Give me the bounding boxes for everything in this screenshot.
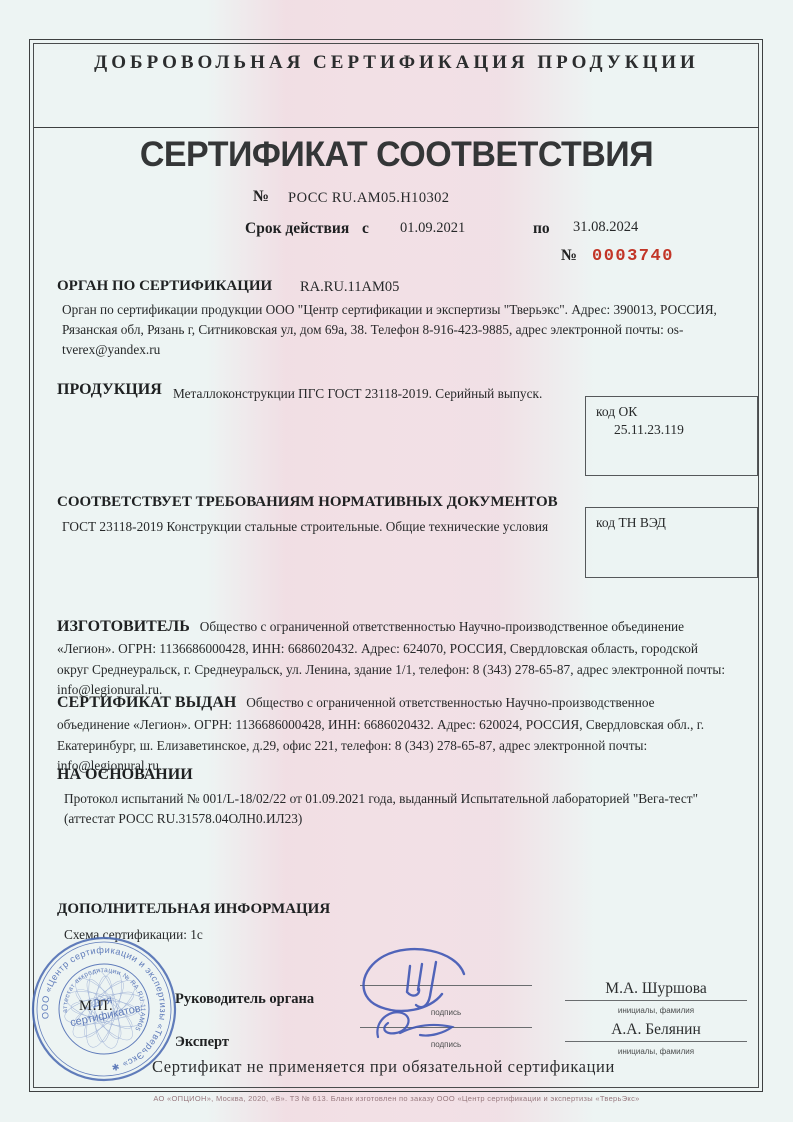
- certification-body-details: Орган по сертификации продукции ООО "Цен…: [62, 300, 730, 361]
- reg-number: РОСС RU.АМ05.Н10302: [288, 190, 449, 207]
- basis-details: Протокол испытаний № 001/L-18/02/22 от 0…: [64, 789, 736, 829]
- compliance-details: ГОСТ 23118-2019 Конструкции стальные стр…: [62, 517, 567, 537]
- expert-name-caption: инициалы, фамилия: [565, 1047, 747, 1056]
- expert-signature-ink: [360, 1003, 470, 1053]
- product-label: ПРОДУКЦИЯ: [57, 381, 162, 399]
- compliance-label: СООТВЕТСТВУЕТ ТРЕБОВАНИЯМ НОРМАТИВНЫХ ДО…: [57, 494, 558, 511]
- tnved-code-box: код ТН ВЭД: [585, 507, 758, 578]
- form-number-sign: №: [561, 247, 577, 265]
- banner-separator: [34, 127, 759, 128]
- validity-to-label: по: [533, 220, 550, 238]
- manufacturer-block: ИЗГОТОВИТЕЛЬ Общество с ограниченной отв…: [57, 615, 729, 700]
- banner-title: ДОБРОВОЛЬНАЯ СЕРТИФИКАЦИЯ ПРОДУКЦИИ: [34, 52, 759, 74]
- head-name-caption: инициалы, фамилия: [565, 1006, 747, 1015]
- reg-number-sign: №: [253, 188, 269, 206]
- additional-info-label: ДОПОЛНИТЕЛЬНАЯ ИНФОРМАЦИЯ: [57, 901, 330, 918]
- print-info: АО «ОПЦИОН», Москва, 2020, «В». ТЗ № 613…: [0, 1094, 793, 1103]
- footer-note: Сертификат не применяется при обязательн…: [152, 1057, 615, 1077]
- head-role-label: Руководитель органа: [175, 991, 314, 1008]
- ok-code-box: код ОК 25.11.23.119: [585, 396, 758, 476]
- expert-role-label: Эксперт: [175, 1034, 229, 1051]
- manufacturer-label: ИЗГОТОВИТЕЛЬ: [57, 618, 190, 635]
- validity-label: Срок действия: [245, 220, 349, 238]
- issued-to-block: СЕРТИФИКАТ ВЫДАН Общество с ограниченной…: [57, 691, 729, 776]
- certificate-page: ДОБРОВОЛЬНАЯ СЕРТИФИКАЦИЯ ПРОДУКЦИИ СЕРТ…: [0, 0, 793, 1122]
- validity-from-label: с: [362, 220, 369, 238]
- basis-label: НА ОСНОВАНИИ: [57, 766, 193, 784]
- certification-body-code: RA.RU.11АМ05: [300, 279, 399, 296]
- tnved-code-label: код ТН ВЭД: [596, 515, 747, 531]
- validity-to-date: 31.08.2024: [573, 219, 638, 236]
- head-name: М.А. Шуршова: [565, 980, 747, 1001]
- stamp-place-mark: М.П.: [79, 998, 114, 1015]
- form-number: 0003740: [592, 247, 674, 266]
- validity-from-date: 01.09.2021: [400, 220, 465, 237]
- product-description: Металлоконструкции ПГС ГОСТ 23118-2019. …: [173, 384, 573, 404]
- expert-name: А.А. Белянин: [565, 1021, 747, 1042]
- page-title: СЕРТИФИКАТ СООТВЕТСТВИЯ: [45, 135, 748, 175]
- issued-to-label: СЕРТИФИКАТ ВЫДАН: [57, 694, 236, 711]
- ok-code-label: код ОК: [596, 404, 747, 420]
- certification-body-label: ОРГАН ПО СЕРТИФИКАЦИИ: [57, 278, 272, 295]
- ok-code-value: 25.11.23.119: [596, 420, 747, 438]
